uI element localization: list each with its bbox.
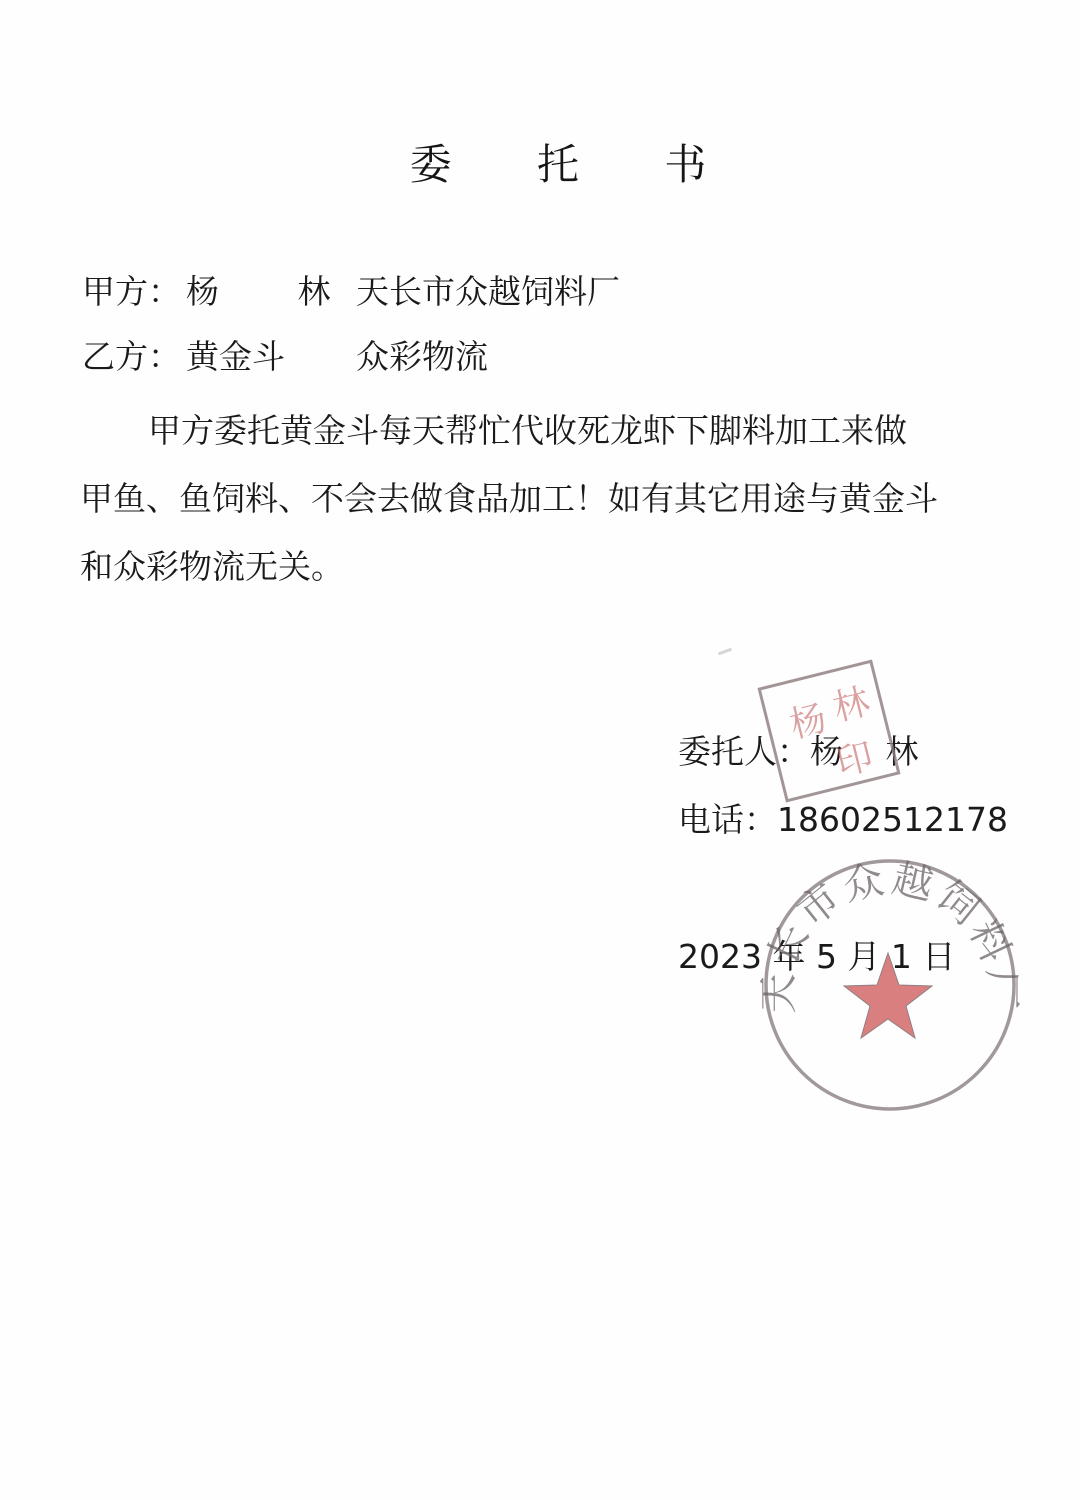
phone-label: 电话： — [678, 800, 777, 839]
svg-text:天长市众越饲料厂: 天长市众越饲料厂 — [760, 856, 1020, 1014]
phone-number: 18602512178 — [777, 800, 1008, 839]
company-seal-graphic: 天长市众越饲料厂 — [760, 855, 1020, 1115]
party-a-organization: 天长市众越饲料厂 — [356, 272, 620, 312]
body-paragraph: 甲方委托黄金斗每天帮忙代收死龙虾下脚料加工来做 甲鱼、鱼饲料、不会去做食品加工！… — [80, 397, 990, 601]
document-page: 委 托 书 甲方：杨 林天长市众越饲料厂 乙方：黄金斗众彩物流 甲方委托黄金斗每… — [0, 0, 1080, 1500]
party-b-label: 乙方： — [82, 337, 186, 377]
body-line: 和众彩物流无关。 — [80, 533, 990, 601]
company-seal-stamp: 天长市众越饲料厂 — [760, 855, 1020, 1115]
document-title: 委 托 书 — [0, 132, 1080, 192]
party-a-row: 甲方：杨 林天长市众越饲料厂 — [82, 272, 620, 312]
body-line: 甲鱼、鱼饲料、不会去做食品加工！如有其它用途与黄金斗 — [80, 465, 990, 533]
party-a-label: 甲方： — [82, 272, 186, 312]
personal-seal-stamp: 林 杨 印 — [757, 659, 900, 802]
party-b-name: 黄金斗 — [186, 337, 356, 377]
party-a-name: 杨 林 — [186, 272, 356, 312]
body-line: 甲方委托黄金斗每天帮忙代收死龙虾下脚料加工来做 — [80, 397, 990, 465]
seal-char: 林 — [827, 673, 874, 731]
company-seal-text: 天长市众越饲料厂 — [760, 856, 1020, 1014]
client-signature: 委托人：杨 林 — [678, 732, 935, 772]
party-b-row: 乙方：黄金斗众彩物流 — [82, 337, 488, 377]
client-name: 杨 林 — [810, 732, 935, 771]
signing-date: 2023 年 5 月 1 日 — [678, 937, 955, 977]
client-label: 委托人： — [678, 732, 810, 771]
party-b-organization: 众彩物流 — [356, 337, 488, 377]
phone-line: 电话：18602512178 — [678, 800, 1008, 840]
stray-pen-mark — [718, 648, 732, 656]
